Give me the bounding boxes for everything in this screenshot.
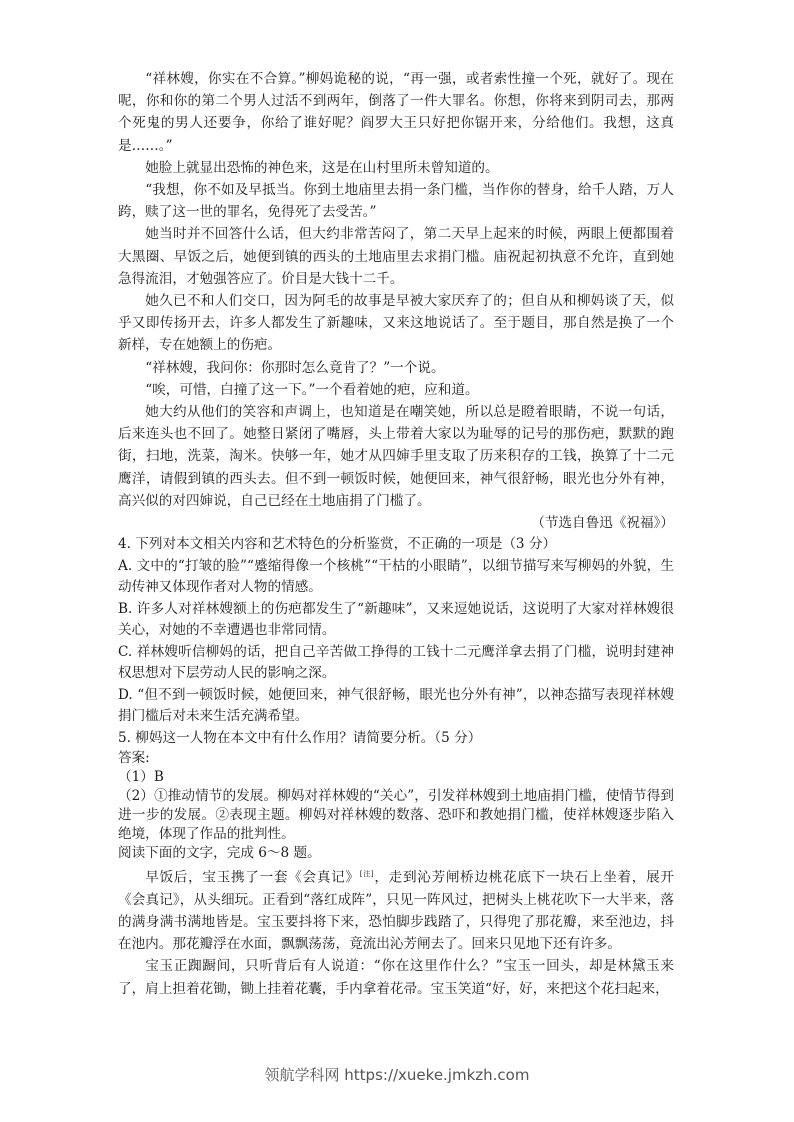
passage-zhufu: “祥林嫂，你实在不合算。”柳妈诡秘的说，“再一强，或者索性撞一个死，就好了。现在… <box>118 68 674 534</box>
option-a: A. 文中的“打皱的脸”“蹙缩得像一个核桃”“干枯的小眼睛”，以细节描写来写柳妈… <box>118 556 674 599</box>
answers-block: 答案: （1）B （2）①推动情节的发展。柳妈对祥林嫂的“关心”，引发祥林嫂到土… <box>118 749 674 844</box>
question-5: 5. 柳妈这一人物在本文中有什么作用？请简要分析。（5 分） <box>118 728 674 750</box>
watermark-footer: 领航学科网 https://xueke.jmkzh.com <box>0 1064 794 1085</box>
paragraph: 她大约从他们的笑容和声调上，也知道是在嘲笑她，所以总是瞪着眼睛，不说一句话，后来… <box>118 401 674 512</box>
paragraph: 早饭后，宝玉携了一套《会真记》[注]，走到沁芳闸桥边桃花底下一块石上坐着，展开《… <box>118 863 674 955</box>
text-span: 早饭后，宝玉携了一套《会真记》 <box>145 870 360 886</box>
answer-item: （1）B <box>118 768 674 787</box>
question-stem: 5. 柳妈这一人物在本文中有什么作用？请简要分析。（5 分） <box>118 728 674 750</box>
option-b: B. 许多人对祥林嫂额上的伤疤都发生了“新趣味”，又来逗她说话，这说明了大家对祥… <box>118 599 674 642</box>
option-c: C. 祥林嫂听信柳妈的话，把自己辛苦做工挣得的工钱十二元鹰洋拿去捐了门槛，说明封… <box>118 642 674 685</box>
paragraph: “祥林嫂，我问你：你那时怎么竟肯了？”一个说。 <box>118 357 674 379</box>
paragraph: 她当时并不回答什么话，但大约非常苦闷了，第二天早上起来的时候，两眼上便都围着大黑… <box>118 223 674 290</box>
paragraph: “唉，可惜，白撞了这一下。”一个看着她的疤，应和道。 <box>118 379 674 401</box>
option-d: D. “但不到一顿饭时候，她便回来，神气很舒畅，眼光也分外有神”，以神态描写表现… <box>118 685 674 728</box>
reading-instruction: 阅读下面的文字，完成 6～8 题。 <box>118 844 674 863</box>
paragraph: 她久已不和人们交口，因为阿毛的故事是早被大家厌弃了的；但自从和柳妈谈了天，似乎又… <box>118 290 674 357</box>
answers-label: 答案: <box>118 749 674 768</box>
passage-honglou: 阅读下面的文字，完成 6～8 题。 早饭后，宝玉携了一套《会真记》[注]，走到沁… <box>118 844 674 1000</box>
paragraph: “我想，你不如及早抵当。你到土地庙里去捐一条门槛，当作你的替身，给千人踏，万人跨… <box>118 179 674 223</box>
paragraph: “祥林嫂，你实在不合算。”柳妈诡秘的说，“再一强，或者索性撞一个死，就好了。现在… <box>118 68 674 157</box>
document-page: “祥林嫂，你实在不合算。”柳妈诡秘的说，“再一强，或者索性撞一个死，就好了。现在… <box>118 68 674 1000</box>
question-4: 4. 下列对本文相关内容和艺术特色的分析鉴赏，不正确的一项是（3 分） A. 文… <box>118 534 674 728</box>
question-stem: 4. 下列对本文相关内容和艺术特色的分析鉴赏，不正确的一项是（3 分） <box>118 534 674 556</box>
footnote-mark: [注] <box>360 870 374 878</box>
paragraph: 宝玉正踟蹰间，只听背后有人说道：“你在这里作什么？”宝玉一回头，却是林黛玉来了，… <box>118 955 674 999</box>
answer-item: （2）①推动情节的发展。柳妈对祥林嫂的“关心”，引发祥林嫂到土地庙捐门槛，使情节… <box>118 787 674 844</box>
paragraph: 她脸上就显出恐怖的神色来，这是在山村里所未曾知道的。 <box>118 157 674 179</box>
source-citation: （节选自鲁迅《祝福》） <box>118 512 674 534</box>
